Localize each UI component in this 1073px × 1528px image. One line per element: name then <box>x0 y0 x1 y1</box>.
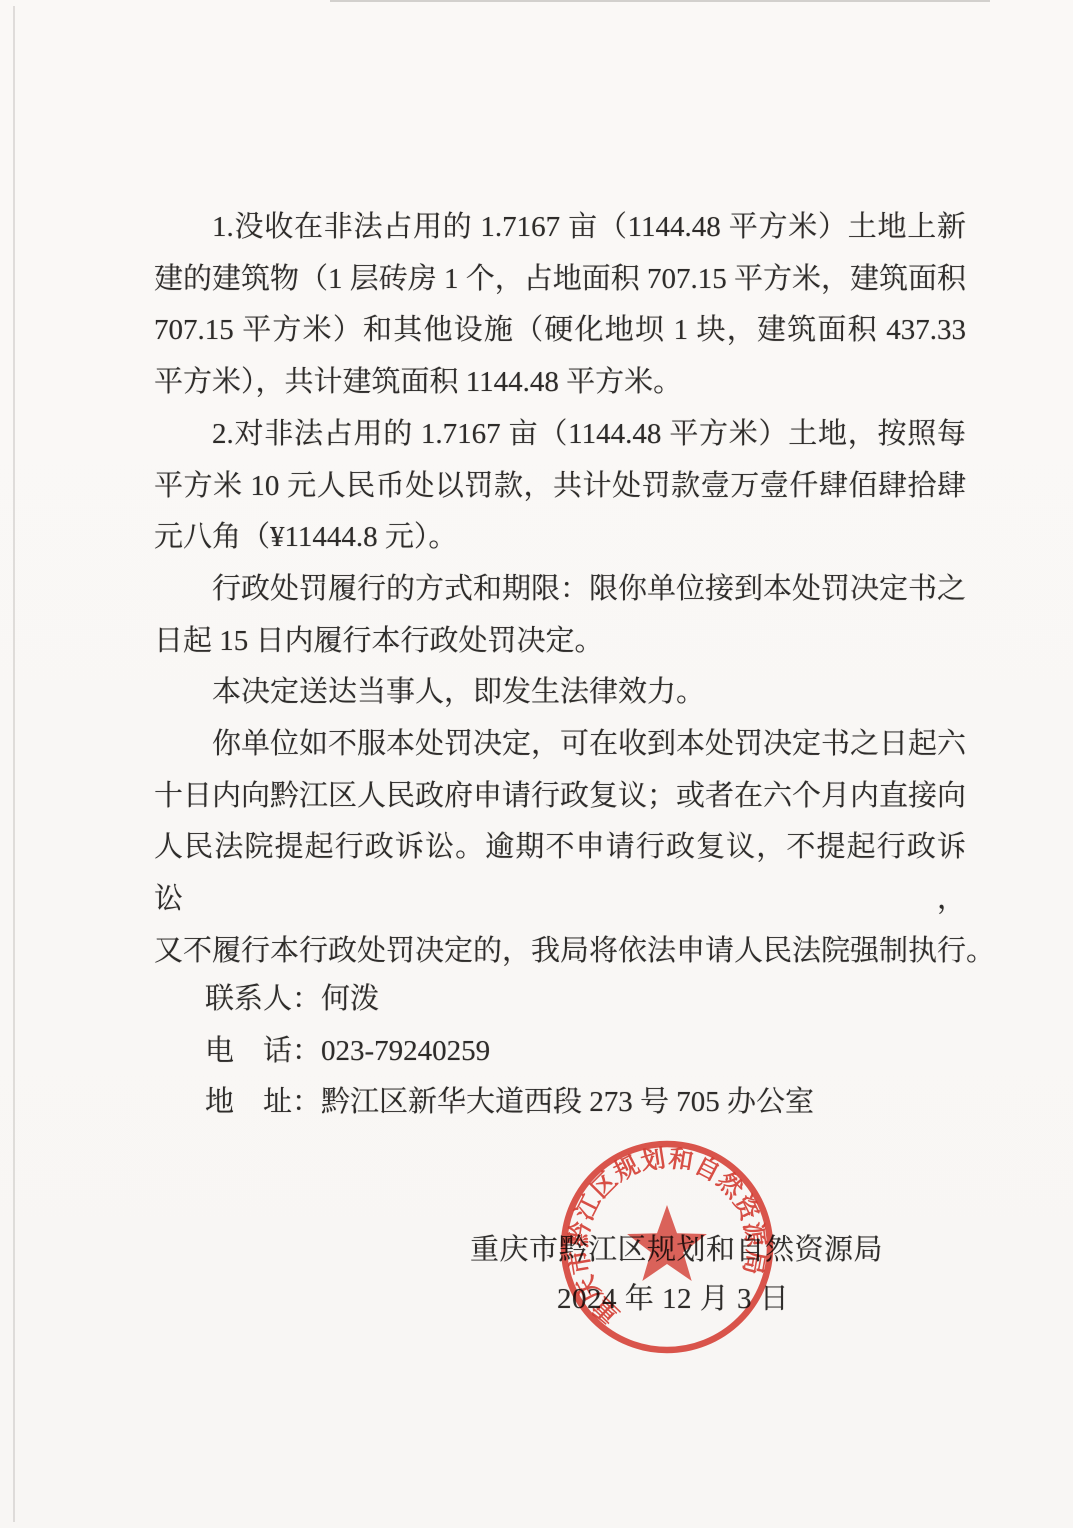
body-line: 707.15 平方米）和其他设施（硬化地坝 1 块，建筑面积 437.33 <box>154 305 966 357</box>
body-line: 人民法院提起行政诉讼。逾期不申请行政复议，不提起行政诉讼， <box>154 822 966 925</box>
body-line: 平方米），共计建筑面积 1144.48 平方米。 <box>154 357 966 409</box>
body-line: 行政处罚履行的方式和期限：限你单位接到本处罚决定书之 <box>154 564 966 616</box>
contact-person-label: 联系人： <box>205 983 321 1015</box>
body-line: 你单位如不服本处罚决定，可在收到本处罚决定书之日起六 <box>154 719 966 771</box>
contact-address-line: 地 址：黔江区新华大道西段 273 号 705 办公室 <box>205 1077 814 1129</box>
scanned-document-page: 1.没收在非法占用的 1.7167 亩（1144.48 平方米）土地上新建的建筑… <box>0 0 1073 1528</box>
contact-person-value: 何泼 <box>321 983 379 1015</box>
document-body: 1.没收在非法占用的 1.7167 亩（1144.48 平方米）土地上新建的建筑… <box>154 202 966 978</box>
contact-address-label: 地 址： <box>205 1086 321 1118</box>
body-line: 1.没收在非法占用的 1.7167 亩（1144.48 平方米）土地上新 <box>154 202 966 254</box>
scanner-artifact-left-line <box>13 6 15 1522</box>
body-line: 日起 15 日内履行本行政处罚决定。 <box>154 616 966 668</box>
contact-person-line: 联系人：何泼 <box>205 974 814 1026</box>
contact-block: 联系人：何泼 电 话：023-79240259 地 址：黔江区新华大道西段 27… <box>205 974 814 1129</box>
body-line: 建的建筑物（1 层砖房 1 个，占地面积 707.15 平方米，建筑面积 <box>154 254 966 306</box>
contact-address-value: 黔江区新华大道西段 273 号 705 办公室 <box>321 1086 814 1118</box>
red-star-icon <box>627 1205 707 1281</box>
body-line: 本决定送达当事人，即发生法律效力。 <box>154 667 966 719</box>
official-seal-graphic: 重庆市黔江区规划和自然资源局 <box>556 1136 778 1358</box>
contact-phone-label: 电 话： <box>205 1035 321 1067</box>
body-line: 十日内向黔江区人民政府申请行政复议；或者在六个月内直接向 <box>154 771 966 823</box>
body-line: 平方米 10 元人民币处以罚款，共计处罚款壹万壹仟肆佰肆拾肆 <box>154 461 966 513</box>
contact-phone-value: 023-79240259 <box>321 1035 490 1067</box>
contact-phone-line: 电 话：023-79240259 <box>205 1026 814 1078</box>
body-line: 2.对非法占用的 1.7167 亩（1144.48 平方米）土地，按照每 <box>154 409 966 461</box>
body-line: 又不履行本行政处罚决定的，我局将依法申请人民法院强制执行。 <box>154 926 966 978</box>
scanner-artifact-top-line <box>330 0 990 2</box>
official-seal: 重庆市黔江区规划和自然资源局 <box>556 1136 778 1358</box>
body-line: 元八角（¥11444.8 元）。 <box>154 512 966 564</box>
